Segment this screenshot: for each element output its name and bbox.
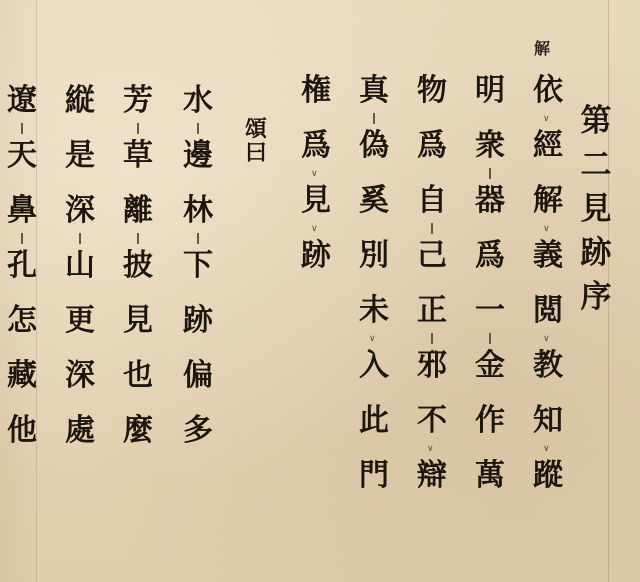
title-char: 第 [578, 106, 614, 136]
text-char: 解 [530, 186, 566, 216]
title-char: 見 [578, 194, 614, 224]
text-char: 器 [472, 186, 508, 216]
text-char: 知 [530, 406, 566, 436]
text-column-2: 明 衆 器 爲 一 金 作 萬 [472, 76, 508, 491]
text-char: 依 [530, 76, 566, 106]
verse-char: 孔 [4, 251, 40, 281]
text-char: 別 [356, 241, 392, 271]
verse-char: 草 [120, 141, 156, 171]
text-char: 物 [414, 76, 450, 106]
text-char: 辯 [414, 461, 450, 491]
verse-char: 多 [180, 416, 216, 446]
text-char: 自 [414, 186, 450, 216]
title-char: 跡 [578, 238, 614, 268]
verse-char: 深 [62, 361, 98, 391]
verse-char: 見 [120, 306, 156, 336]
text-char: 蹤 [530, 461, 566, 491]
text-char: 偽 [356, 131, 392, 161]
text-char: 跡 [298, 241, 334, 271]
text-column-3: 物 爲 自 己 正 邪 不 ∨ 辯 [414, 76, 450, 491]
text-char: 作 [472, 406, 508, 436]
verse-heading-char: 頌 [238, 118, 274, 142]
text-char: 教 [530, 351, 566, 381]
text-char: 一 [472, 296, 508, 326]
verse-char: 縦 [62, 86, 98, 116]
text-char: 見 [298, 186, 334, 216]
text-char: 經 [530, 131, 566, 161]
text-char: 爲 [414, 131, 450, 161]
verse-column-2: 芳 草 離 披 見 也 麼 [120, 86, 156, 446]
text-char: 正 [414, 296, 450, 326]
top-annotation: 解 [534, 36, 550, 59]
text-char: 此 [356, 406, 392, 436]
verse-char: 更 [62, 306, 98, 336]
text-char: 明 [472, 76, 508, 106]
text-char: 義 [530, 241, 566, 271]
text-char: 真 [356, 76, 392, 106]
text-char: 権 [298, 76, 334, 106]
verse-char: 水 [180, 86, 216, 116]
text-char: 衆 [472, 131, 508, 161]
verse-heading-char: 曰 [238, 142, 274, 166]
title-char: 序 [578, 282, 614, 312]
text-char: 萬 [472, 461, 508, 491]
text-char: 不 [414, 406, 450, 436]
verse-char: 天 [4, 141, 40, 171]
verse-char: 怎 [4, 306, 40, 336]
verse-char: 下 [180, 251, 216, 281]
verse-char: 偏 [180, 361, 216, 391]
title-char: 二 [578, 150, 614, 180]
text-char: 邪 [414, 351, 450, 381]
verse-char: 跡 [180, 306, 216, 336]
text-char: 閲 [530, 296, 566, 326]
text-char: 爲 [298, 131, 334, 161]
verse-char: 離 [120, 196, 156, 226]
text-char: 爲 [472, 241, 508, 271]
verse-char: 藏 [4, 361, 40, 391]
text-column-4: 真 偽 奚 別 未 ∨ 入 此 門 [356, 76, 392, 491]
verse-char: 深 [62, 196, 98, 226]
title-column: 第 二 見 跡 序 [578, 106, 614, 312]
text-char: 奚 [356, 186, 392, 216]
text-char: 未 [356, 296, 392, 326]
text-char: 門 [356, 461, 392, 491]
verse-char: 山 [62, 251, 98, 281]
verse-char: 他 [4, 416, 40, 446]
verse-char: 處 [62, 416, 98, 446]
verse-column-3: 縦 是 深 山 更 深 處 [62, 86, 98, 446]
verse-char: 芳 [120, 86, 156, 116]
text-char: 金 [472, 351, 508, 381]
verse-column-1: 水 邊 林 下 跡 偏 多 [180, 86, 216, 446]
verse-char: 遼 [4, 86, 40, 116]
verse-char: 也 [120, 361, 156, 391]
verse-char: 鼻 [4, 196, 40, 226]
verse-char: 邊 [180, 141, 216, 171]
text-char: 己 [414, 241, 450, 271]
text-char: 入 [356, 351, 392, 381]
text-column-5: 権 爲 ∨ 見 ∨ 跡 [298, 76, 334, 271]
verse-char: 麼 [120, 416, 156, 446]
text-column-1: 依 ∨ 經 解 ∨ 義 閲 ∨ 教 知 ∨ 蹤 [530, 76, 566, 491]
verse-char: 披 [120, 251, 156, 281]
verse-column-4: 遼 天 鼻 孔 怎 藏 他 [4, 86, 40, 446]
verse-char: 林 [180, 196, 216, 226]
verse-char: 是 [62, 141, 98, 171]
verse-heading: 頌 曰 [238, 118, 274, 166]
